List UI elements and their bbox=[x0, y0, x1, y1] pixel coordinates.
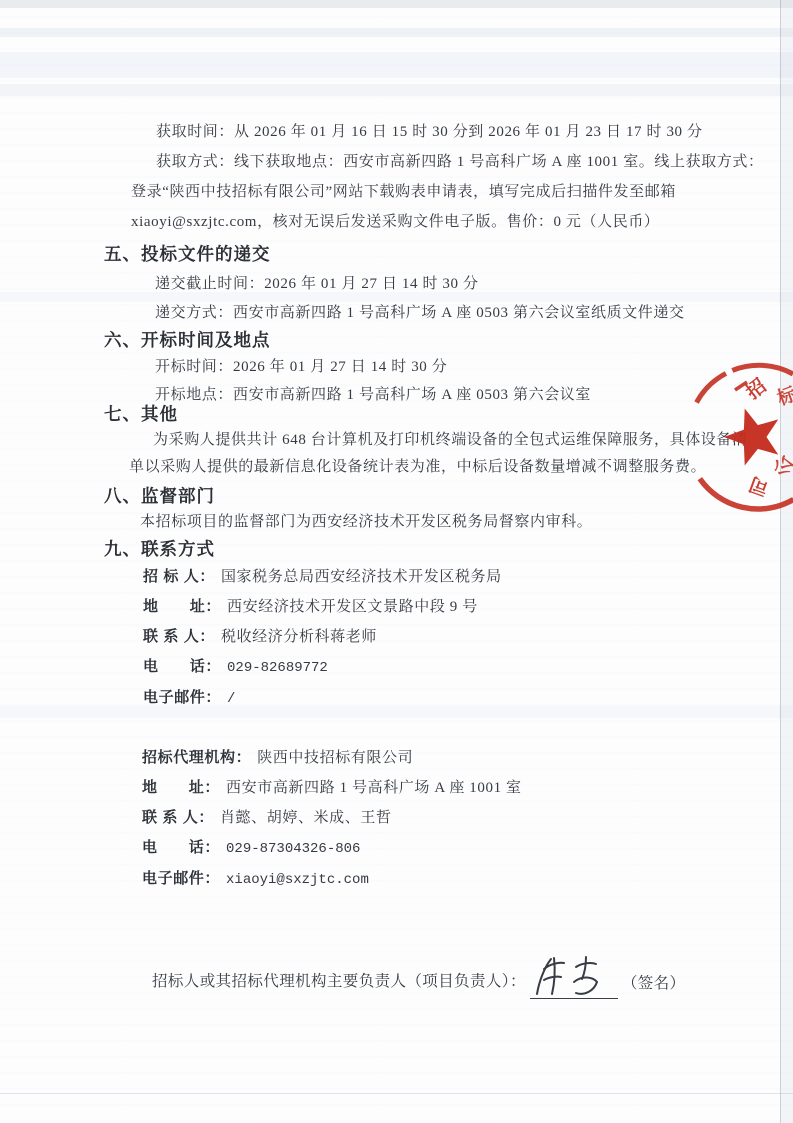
acquisition-method-line1: 获取方式：线下获取地点：西安市高新四路 1 号高科广场 A 座 1001 室。线… bbox=[156, 151, 764, 173]
section5-method: 递交方式：西安市高新四路 1 号高科广场 A 座 0503 第六会议室纸质文件递… bbox=[155, 302, 685, 324]
tenderer-row-email: 电子邮件：/ bbox=[143, 686, 235, 707]
scan-band bbox=[0, 706, 793, 718]
section6-time: 开标时间：2026 年 01 月 27 日 14 时 30 分 bbox=[155, 356, 447, 378]
tenderer-row-name: 招 标 人：国家税务总局西安经济技术开发区税务局 bbox=[143, 565, 502, 586]
agency-contact-value: 肖懿、胡婷、米成、王哲 bbox=[220, 810, 392, 826]
seal-char-biao: 标 bbox=[773, 381, 793, 410]
page-edge-shade bbox=[781, 0, 793, 1123]
scan-band bbox=[0, 28, 793, 37]
seal-char-si: 司 bbox=[746, 472, 771, 499]
page-edge-line bbox=[780, 0, 781, 1123]
agency-address-label: 地 址： bbox=[142, 779, 220, 796]
section8-title: 八、监督部门 bbox=[104, 483, 215, 508]
signature-prefix: 招标人或其招标代理机构主要负责人（项目负责人）： bbox=[152, 965, 526, 999]
section7-title: 七、其他 bbox=[104, 401, 178, 426]
agency-phone-value: 029-87304326-806 bbox=[226, 841, 360, 857]
seal-char-gong: 公 bbox=[769, 450, 793, 480]
tenderer-name-value: 国家税务总局西安经济技术开发区税务局 bbox=[221, 569, 502, 585]
agency-row-address: 地 址：西安市高新四路 1 号高科广场 A 座 1001 室 bbox=[142, 776, 522, 797]
acquisition-method-line3: xiaoyi@sxzjtc.com，核对无误后发送采购文件电子版。售价：0 元（… bbox=[131, 211, 660, 233]
tenderer-phone-label: 电 话： bbox=[143, 658, 221, 675]
tenderer-address-value: 西安经济技术开发区文景路中段 9 号 bbox=[227, 599, 478, 615]
acquisition-time-line: 获取时间：从 2026 年 01 月 16 日 15 时 30 分到 2026 … bbox=[156, 121, 703, 143]
scan-band bbox=[0, 52, 793, 78]
tenderer-contact-label: 联 系 人： bbox=[143, 628, 215, 645]
agency-contact-label: 联 系 人： bbox=[142, 809, 214, 826]
page-bottom-edge-line bbox=[0, 1093, 793, 1094]
section6-title: 六、开标时间及地点 bbox=[104, 327, 271, 352]
signature-underline bbox=[530, 952, 618, 999]
agency-email-label: 电子邮件： bbox=[142, 870, 220, 887]
agency-row-email: 电子邮件：xiaoyi@sxzjtc.com bbox=[142, 867, 369, 888]
seal-char-zhao: 招 bbox=[741, 374, 770, 404]
tenderer-phone-value: 029-82689772 bbox=[227, 660, 328, 676]
tenderer-row-phone: 电 话：029-82689772 bbox=[143, 655, 328, 676]
agency-address-value: 西安市高新四路 1 号高科广场 A 座 1001 室 bbox=[226, 780, 522, 796]
agency-email-value: xiaoyi@sxzjtc.com bbox=[226, 872, 369, 888]
section6-place: 开标地点：西安市高新四路 1 号高科广场 A 座 0503 第六会议室 bbox=[155, 384, 591, 406]
section7-line1: 为采购人提供共计 648 台计算机及打印机终端设备的全包式运维保障服务，具体设备… bbox=[153, 429, 748, 451]
agency-name-value: 陕西中技招标有限公司 bbox=[257, 750, 413, 766]
agency-name-label: 招标代理机构： bbox=[142, 749, 251, 766]
section5-title: 五、投标文件的递交 bbox=[104, 241, 271, 266]
tenderer-email-label: 电子邮件： bbox=[143, 689, 221, 706]
section8-body: 本招标项目的监督部门为西安经济技术开发区税务局督察内审科。 bbox=[140, 511, 592, 533]
agency-phone-label: 电 话： bbox=[142, 839, 220, 856]
tenderer-email-value: / bbox=[227, 691, 235, 707]
tenderer-name-label: 招 标 人： bbox=[143, 568, 215, 585]
agency-row-contact: 联 系 人：肖懿、胡婷、米成、王哲 bbox=[142, 806, 392, 827]
section5-deadline: 递交截止时间：2026 年 01 月 27 日 14 时 30 分 bbox=[155, 273, 479, 295]
signature-suffix: （签名） bbox=[622, 969, 686, 999]
handwritten-signature-icon bbox=[530, 954, 618, 1000]
tenderer-contact-value: 税收经济分析科蒋老师 bbox=[221, 629, 377, 645]
signature-line: 招标人或其招标代理机构主要负责人（项目负责人）： （签名） bbox=[152, 952, 685, 999]
scanned-tender-document-page: 获取时间：从 2026 年 01 月 16 日 15 时 30 分到 2026 … bbox=[0, 0, 793, 1123]
tenderer-row-contact: 联 系 人：税收经济分析科蒋老师 bbox=[143, 625, 377, 646]
tenderer-row-address: 地 址：西安经济技术开发区文景路中段 9 号 bbox=[143, 595, 478, 616]
tenderer-address-label: 地 址： bbox=[143, 598, 221, 615]
section7-line2: 单以采购人提供的最新信息化设备统计表为准，中标后设备数量增减不调整服务费。 bbox=[129, 456, 706, 478]
scan-band bbox=[0, 0, 793, 8]
acquisition-method-line2: 登录“陕西中技招标有限公司”网站下载购表申请表，填写完成后扫描件发至邮箱 bbox=[131, 181, 676, 203]
scan-band bbox=[0, 84, 793, 96]
agency-row-phone: 电 话：029-87304326-806 bbox=[142, 836, 360, 857]
agency-row-name: 招标代理机构：陕西中技招标有限公司 bbox=[142, 746, 413, 767]
section9-title: 九、联系方式 bbox=[104, 536, 215, 561]
